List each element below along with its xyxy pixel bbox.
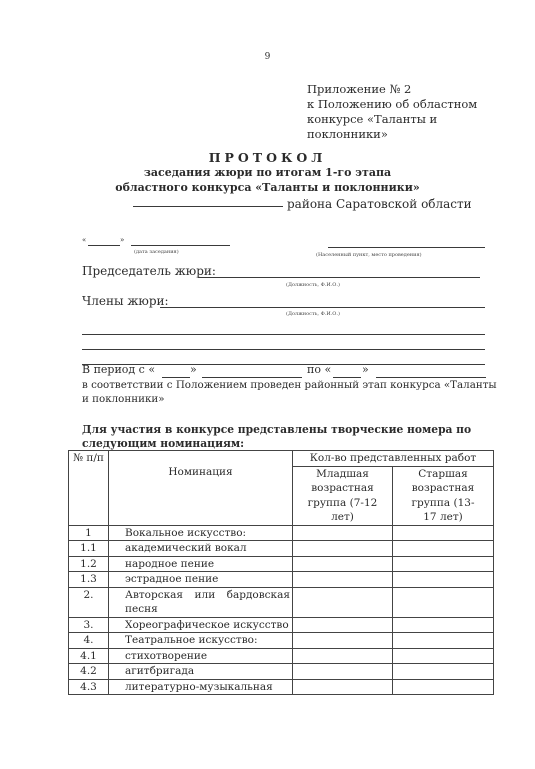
- table-row: 1.2народное пение: [69, 556, 494, 572]
- row-nomination: Хореографическое искусство: [109, 617, 293, 633]
- appendix-line: поклонники»: [307, 127, 507, 142]
- row-older-count[interactable]: [393, 679, 494, 695]
- row-older-count[interactable]: [393, 664, 494, 680]
- row-num: 3.: [69, 617, 109, 633]
- document-title: ПРОТОКОЛ: [0, 150, 535, 165]
- row-num: 1.2: [69, 556, 109, 572]
- table-row: 1.1академический вокал: [69, 541, 494, 557]
- period-start-day-field[interactable]: [162, 377, 190, 378]
- header-num: № п/п: [69, 451, 109, 526]
- row-younger-count[interactable]: [293, 525, 393, 541]
- row-nomination: академический вокал: [109, 541, 293, 557]
- table-row: 3.Хореографическое искусство: [69, 617, 494, 633]
- members-field-extra[interactable]: [82, 334, 485, 335]
- row-num: 4.1: [69, 648, 109, 664]
- row-nomination: стихотворение: [109, 648, 293, 664]
- members-label: Члены жюри:: [82, 294, 169, 308]
- place-caption: (Населенный пункт, место проведения): [316, 252, 422, 258]
- appendix-line: к Положению об областном: [307, 97, 507, 112]
- chairman-label: Председатель жюри:: [82, 264, 216, 278]
- row-nomination: Вокальное искусство:: [109, 525, 293, 541]
- appendix-line: Приложение № 2: [307, 82, 507, 97]
- row-younger-count[interactable]: [293, 587, 393, 617]
- header-count: Кол-во представленных работ: [293, 451, 494, 467]
- row-younger-count[interactable]: [293, 633, 393, 649]
- members-caption: (Должность, Ф.И.О.): [286, 311, 340, 317]
- date-month-field[interactable]: [131, 245, 230, 246]
- row-num: 4.3: [69, 679, 109, 695]
- row-older-count[interactable]: [393, 648, 494, 664]
- chairman-caption: (Должность, Ф.И.О.): [286, 282, 340, 288]
- period-prefix: В период с «: [82, 363, 155, 376]
- row-younger-count[interactable]: [293, 572, 393, 588]
- row-nomination: народное пение: [109, 556, 293, 572]
- row-nomination: агитбригада: [109, 664, 293, 680]
- chairman-field[interactable]: [198, 277, 480, 278]
- table-row: 4.Театральное искусство:: [69, 633, 494, 649]
- period-start-month-field[interactable]: [202, 377, 302, 378]
- period-text: в соответствии с Положением проведен рай…: [82, 379, 497, 391]
- row-nomination: Театральное искусство:: [109, 633, 293, 649]
- row-older-count[interactable]: [393, 587, 494, 617]
- document-subtitle: заседания жюри по итогам 1-го этапа: [0, 166, 535, 179]
- appendix-header: Приложение № 2 к Положению об областном …: [307, 82, 507, 142]
- date-day-field[interactable]: [88, 245, 120, 246]
- row-older-count[interactable]: [393, 617, 494, 633]
- period-close-quote: »: [190, 363, 197, 376]
- table-row: 2.Авторская или бардовская песня: [69, 587, 494, 617]
- period-to: по «: [307, 363, 331, 376]
- row-younger-count[interactable]: [293, 556, 393, 572]
- district-suffix: района Саратовской области: [287, 197, 472, 211]
- page-number: 9: [0, 52, 535, 62]
- date-open-quote: «: [82, 236, 86, 244]
- row-younger-count[interactable]: [293, 664, 393, 680]
- header-nomination: Номинация: [109, 451, 293, 526]
- row-num: 1: [69, 525, 109, 541]
- row-younger-count[interactable]: [293, 617, 393, 633]
- nominations-table: № п/п Номинация Кол-во представленных ра…: [68, 450, 494, 695]
- place-field[interactable]: [328, 247, 485, 248]
- table-row: 1.3эстрадное пение: [69, 572, 494, 588]
- header-younger: Младшая возрастная группа (7-12 лет): [293, 466, 393, 525]
- row-younger-count[interactable]: [293, 679, 393, 695]
- row-younger-count[interactable]: [293, 648, 393, 664]
- period-text: и поклонники»: [82, 393, 165, 405]
- row-nomination: литературно-музыкальная: [109, 679, 293, 695]
- period-end-month-field[interactable]: [376, 377, 486, 378]
- table-row: 4.3литературно-музыкальная: [69, 679, 494, 695]
- row-older-count[interactable]: [393, 541, 494, 557]
- row-num: 2.: [69, 587, 109, 617]
- appendix-line: конкурсе «Таланты и: [307, 112, 507, 127]
- row-younger-count[interactable]: [293, 541, 393, 557]
- row-num: 4.: [69, 633, 109, 649]
- document-subtitle: областного конкурса «Таланты и поклонник…: [0, 181, 535, 194]
- row-older-count[interactable]: [393, 572, 494, 588]
- table-row: 4.1стихотворение: [69, 648, 494, 664]
- intro-text: следующим номинациям:: [82, 437, 244, 450]
- row-num: 4.2: [69, 664, 109, 680]
- row-nomination: Авторская или бардовская песня: [109, 587, 293, 617]
- members-field[interactable]: [160, 307, 485, 308]
- district-field[interactable]: [133, 206, 283, 207]
- row-num: 1.1: [69, 541, 109, 557]
- header-older: Старшая возрастная группа (13-17 лет): [393, 466, 494, 525]
- date-caption: (дата заседания): [134, 249, 179, 255]
- date-close-quote: »: [120, 236, 124, 244]
- intro-text: Для участия в конкурсе представлены твор…: [82, 423, 471, 436]
- row-num: 1.3: [69, 572, 109, 588]
- table-row: 4.2агитбригада: [69, 664, 494, 680]
- members-field-extra[interactable]: [82, 349, 485, 350]
- row-older-count[interactable]: [393, 525, 494, 541]
- table-header-row: № п/п Номинация Кол-во представленных ра…: [69, 451, 494, 467]
- row-nomination: эстрадное пение: [109, 572, 293, 588]
- table-row: 1Вокальное искусство:: [69, 525, 494, 541]
- row-older-count[interactable]: [393, 556, 494, 572]
- period-end-close-quote: »: [362, 363, 369, 376]
- period-end-day-field[interactable]: [333, 377, 361, 378]
- row-older-count[interactable]: [393, 633, 494, 649]
